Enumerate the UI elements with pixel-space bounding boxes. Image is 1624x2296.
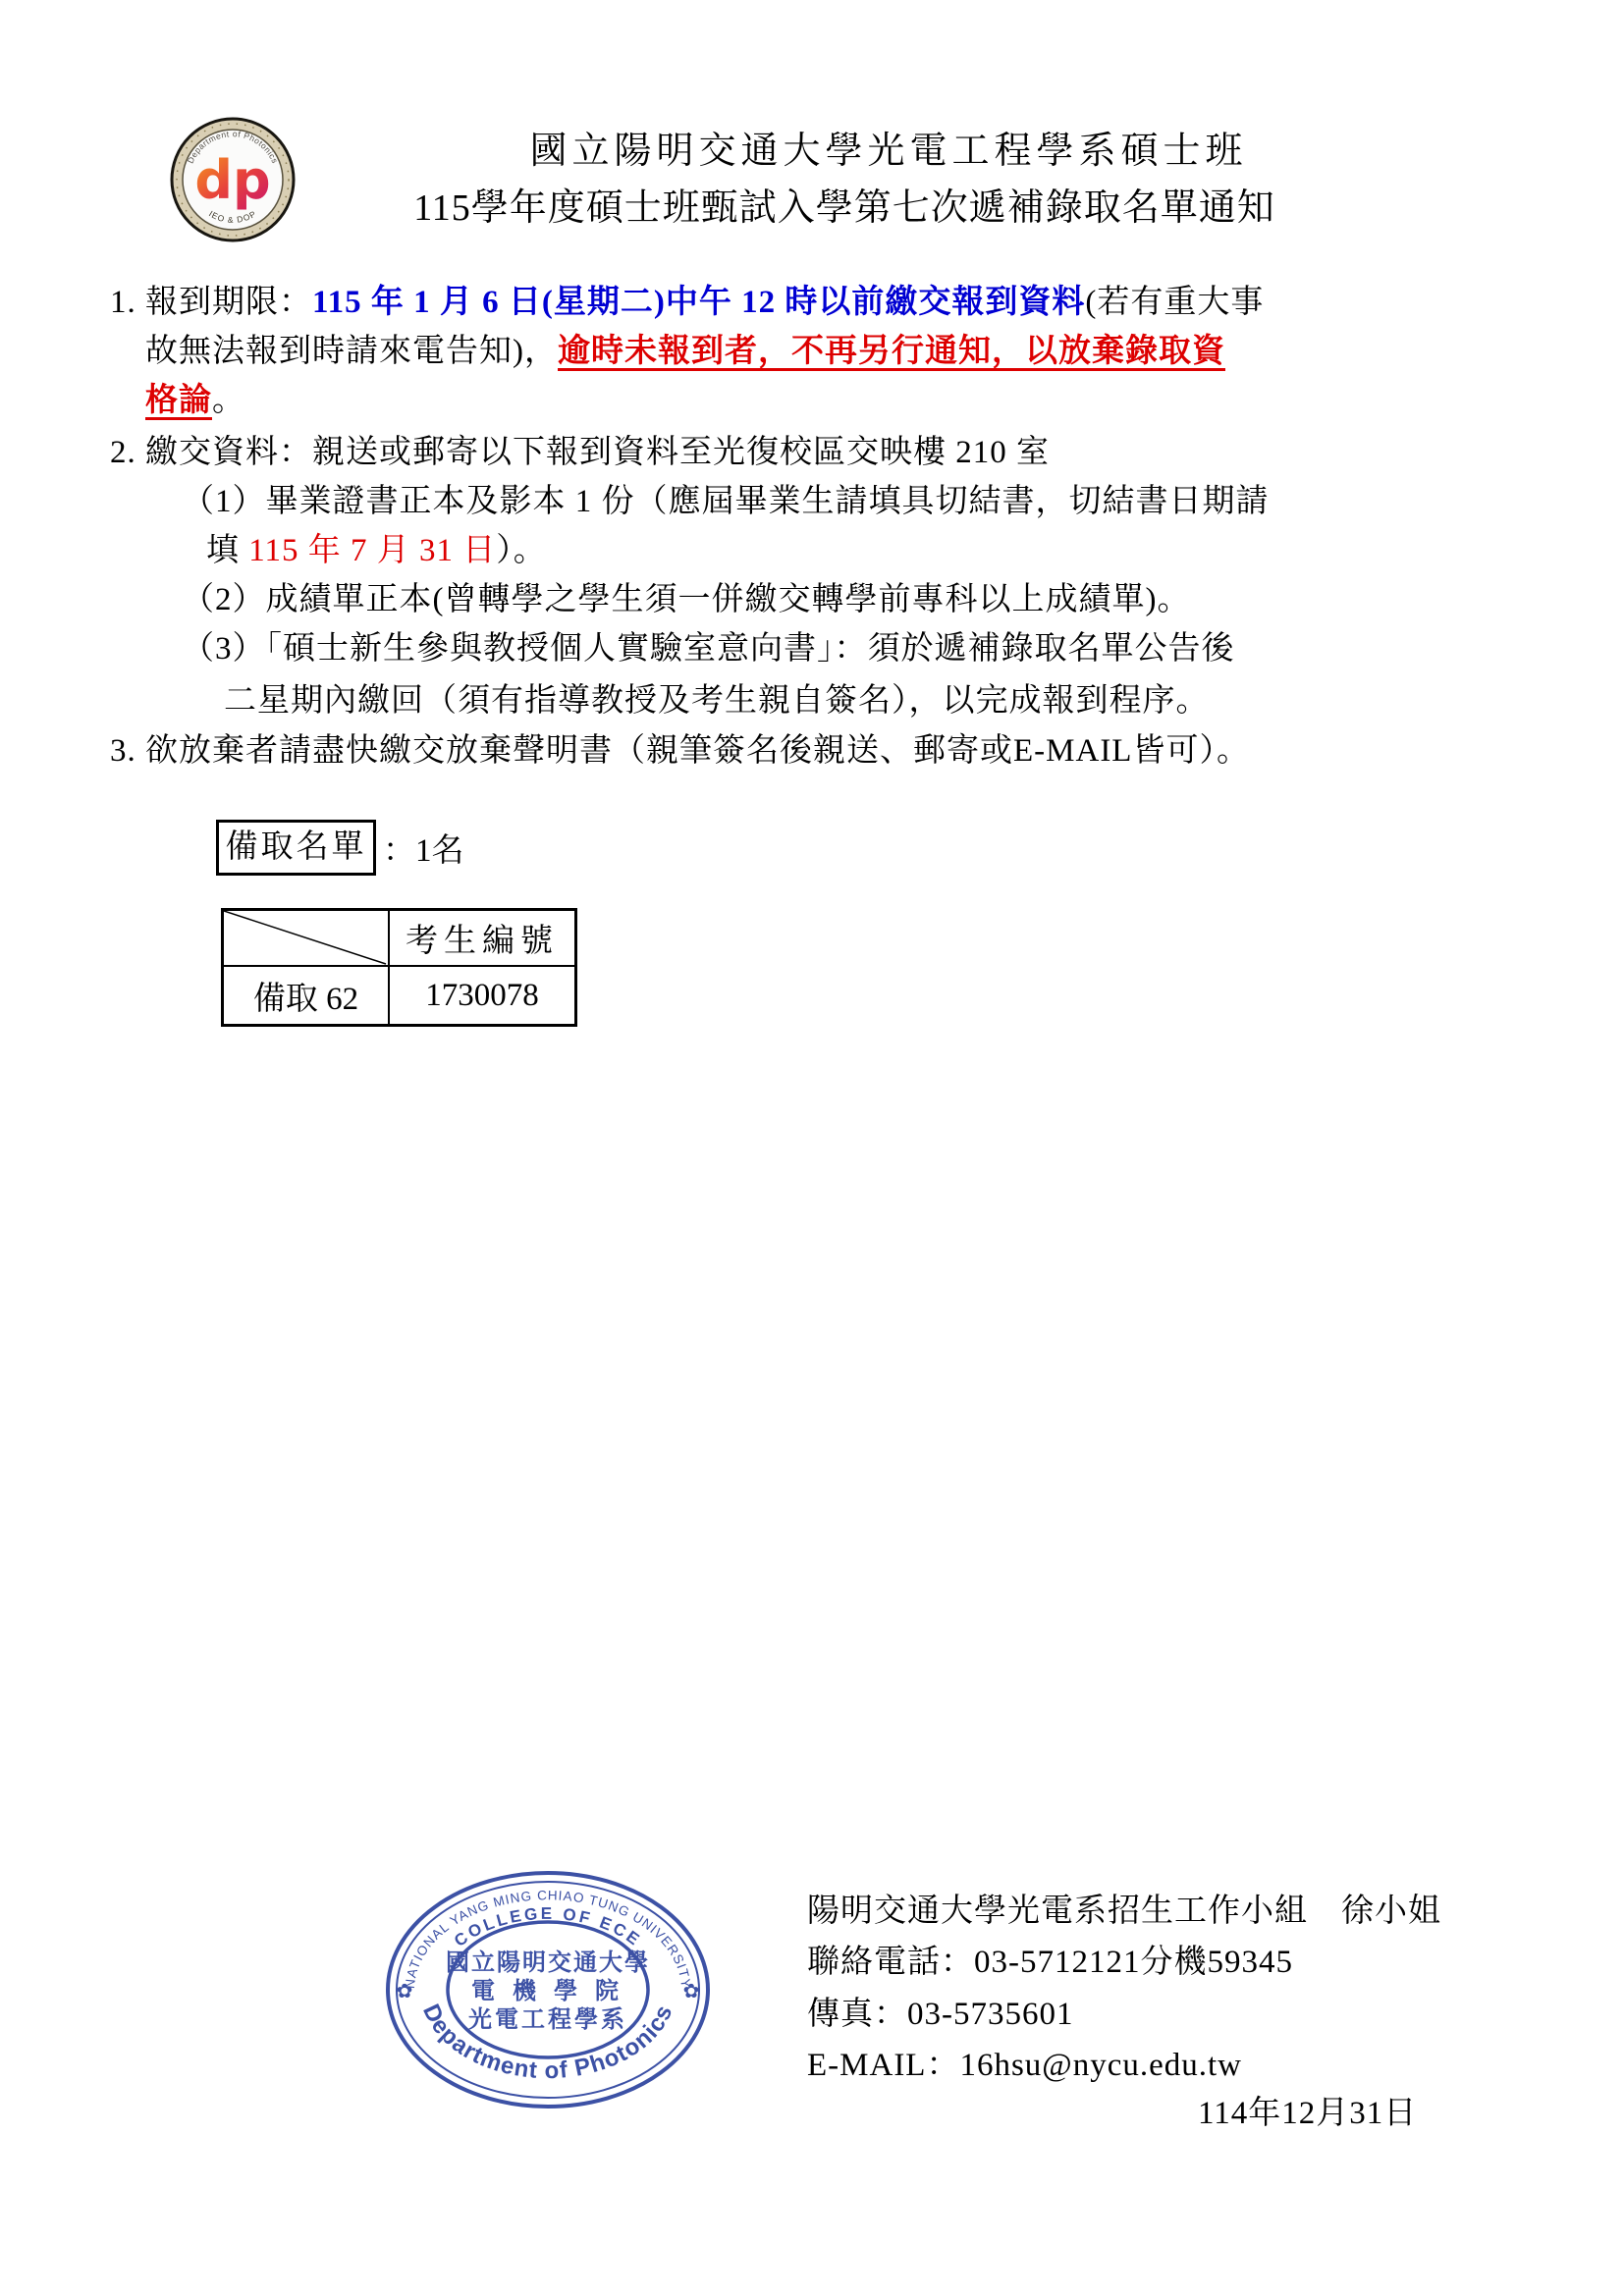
item1-number: 1. (110, 283, 136, 322)
table-header-row: 考生編號 (223, 910, 576, 967)
item1-line3: 格論。 (145, 381, 245, 420)
table-row: 備取 62 1730078 (223, 966, 576, 1026)
item1-period: 。 (212, 383, 245, 418)
item1-deadline-blue: 115 年 1 月 6 日(星期二)中午 12 時以前繳交報到資料 (312, 285, 1085, 320)
contact-team-line: 陽明交通大學光電系招生工作小組 徐小姐 (807, 1885, 1441, 1931)
item2-sub2: （2）成績單正本(曾轉學之學生須一併繳交轉學前專科以上成績單)。 (182, 580, 1190, 619)
contact-email-line: E-MAIL：16hsu@nycu.edu.tw (807, 2039, 1242, 2085)
document-title-line1: 國立陽明交通大學光電工程學系碩士班 (314, 120, 1463, 174)
stamp-cn-line2: 電 機 學 院 (471, 1978, 624, 2004)
item1-warning-red: 逾時未報到者，不再另行通知，以放棄錄取資 (558, 334, 1225, 369)
stamp-flower-left-icon: ✿ (397, 1981, 413, 2002)
contact-phone-line: 聯絡電話：03-5712121分機59345 (807, 1936, 1293, 1982)
waitlist-count: ：1名 (383, 825, 464, 871)
item2-sub1-line2: 填 115 年 7 月 31 日）。 (206, 531, 547, 570)
table-diagonal-cell (223, 910, 390, 967)
waitlist-table: 考生編號 備取 62 1730078 (221, 908, 577, 1027)
document-title-line2: 115學年度碩士班甄試入學第七次遞補錄取名單通知 (245, 177, 1443, 231)
item3-line1: 欲放棄者請盡快繳交放棄聲明書（親筆簽名後親送、郵寄或E-MAIL皆可）。 (145, 731, 1250, 771)
diagonal-line (224, 911, 388, 965)
sub1-close: ）。 (496, 533, 547, 568)
item1-line2: 故無法報到時請來電告知)，逾時未報到者，不再另行通知，以放棄錄取資 (145, 332, 1225, 371)
candidate-id-cell: 1730078 (389, 966, 576, 1026)
item1-prefix: 報到期限： (145, 285, 312, 320)
contact-fax-line: 傳真：03-5735601 (807, 1988, 1074, 2034)
item3-number: 3. (110, 731, 136, 771)
notice-document: Department of Photonics IEO & DOP dp 國立陽… (0, 0, 1624, 2296)
item1-paren-start: (若有重大事 (1085, 285, 1264, 320)
waitlist-rank-cell: 備取 62 (223, 966, 390, 1026)
item1-line1: 報到期限：115 年 1 月 6 日(星期二)中午 12 時以前繳交報到資料(若… (145, 283, 1264, 322)
stamp-flower-right-icon: ✿ (683, 1981, 700, 2002)
sub1-date-red: 115 年 7 月 31 日 (248, 533, 496, 568)
item2-sub3-line2: 二星期內繳回（須有指導教授及考生親自簽名），以完成報到程序。 (224, 681, 1210, 721)
stamp-cn-line1: 國立陽明交通大學 (446, 1949, 650, 1976)
item2-sub3-line1: （3）「碩士新生參與教授個人實驗室意向書」：須於遞補錄取名單公告後 (182, 629, 1235, 668)
item2-number: 2. (110, 433, 136, 472)
item1-warning-red-cont: 格論 (145, 383, 212, 418)
department-stamp: NATIONAL YANG MING CHIAO TUNG UNIVERSITY… (381, 1867, 715, 2112)
item2-sub1-line1: （1）畢業證書正本及影本 1 份（應屆畢業生請填具切結書，切結書日期請 (182, 482, 1270, 521)
waitlist-label-box: 備取名單 (216, 820, 376, 876)
document-date: 114年12月31日 (1198, 2087, 1417, 2133)
table-header-candidate-id: 考生編號 (389, 910, 576, 967)
item2-line1: 繳交資料：親送或郵寄以下報到資料至光復校區交映樓 210 室 (145, 433, 1050, 472)
stamp-cn-line3: 光電工程學系 (468, 2006, 627, 2033)
item1-paren-cont: 故無法報到時請來電告知)， (145, 334, 558, 369)
sub1-fill: 填 (206, 533, 248, 568)
